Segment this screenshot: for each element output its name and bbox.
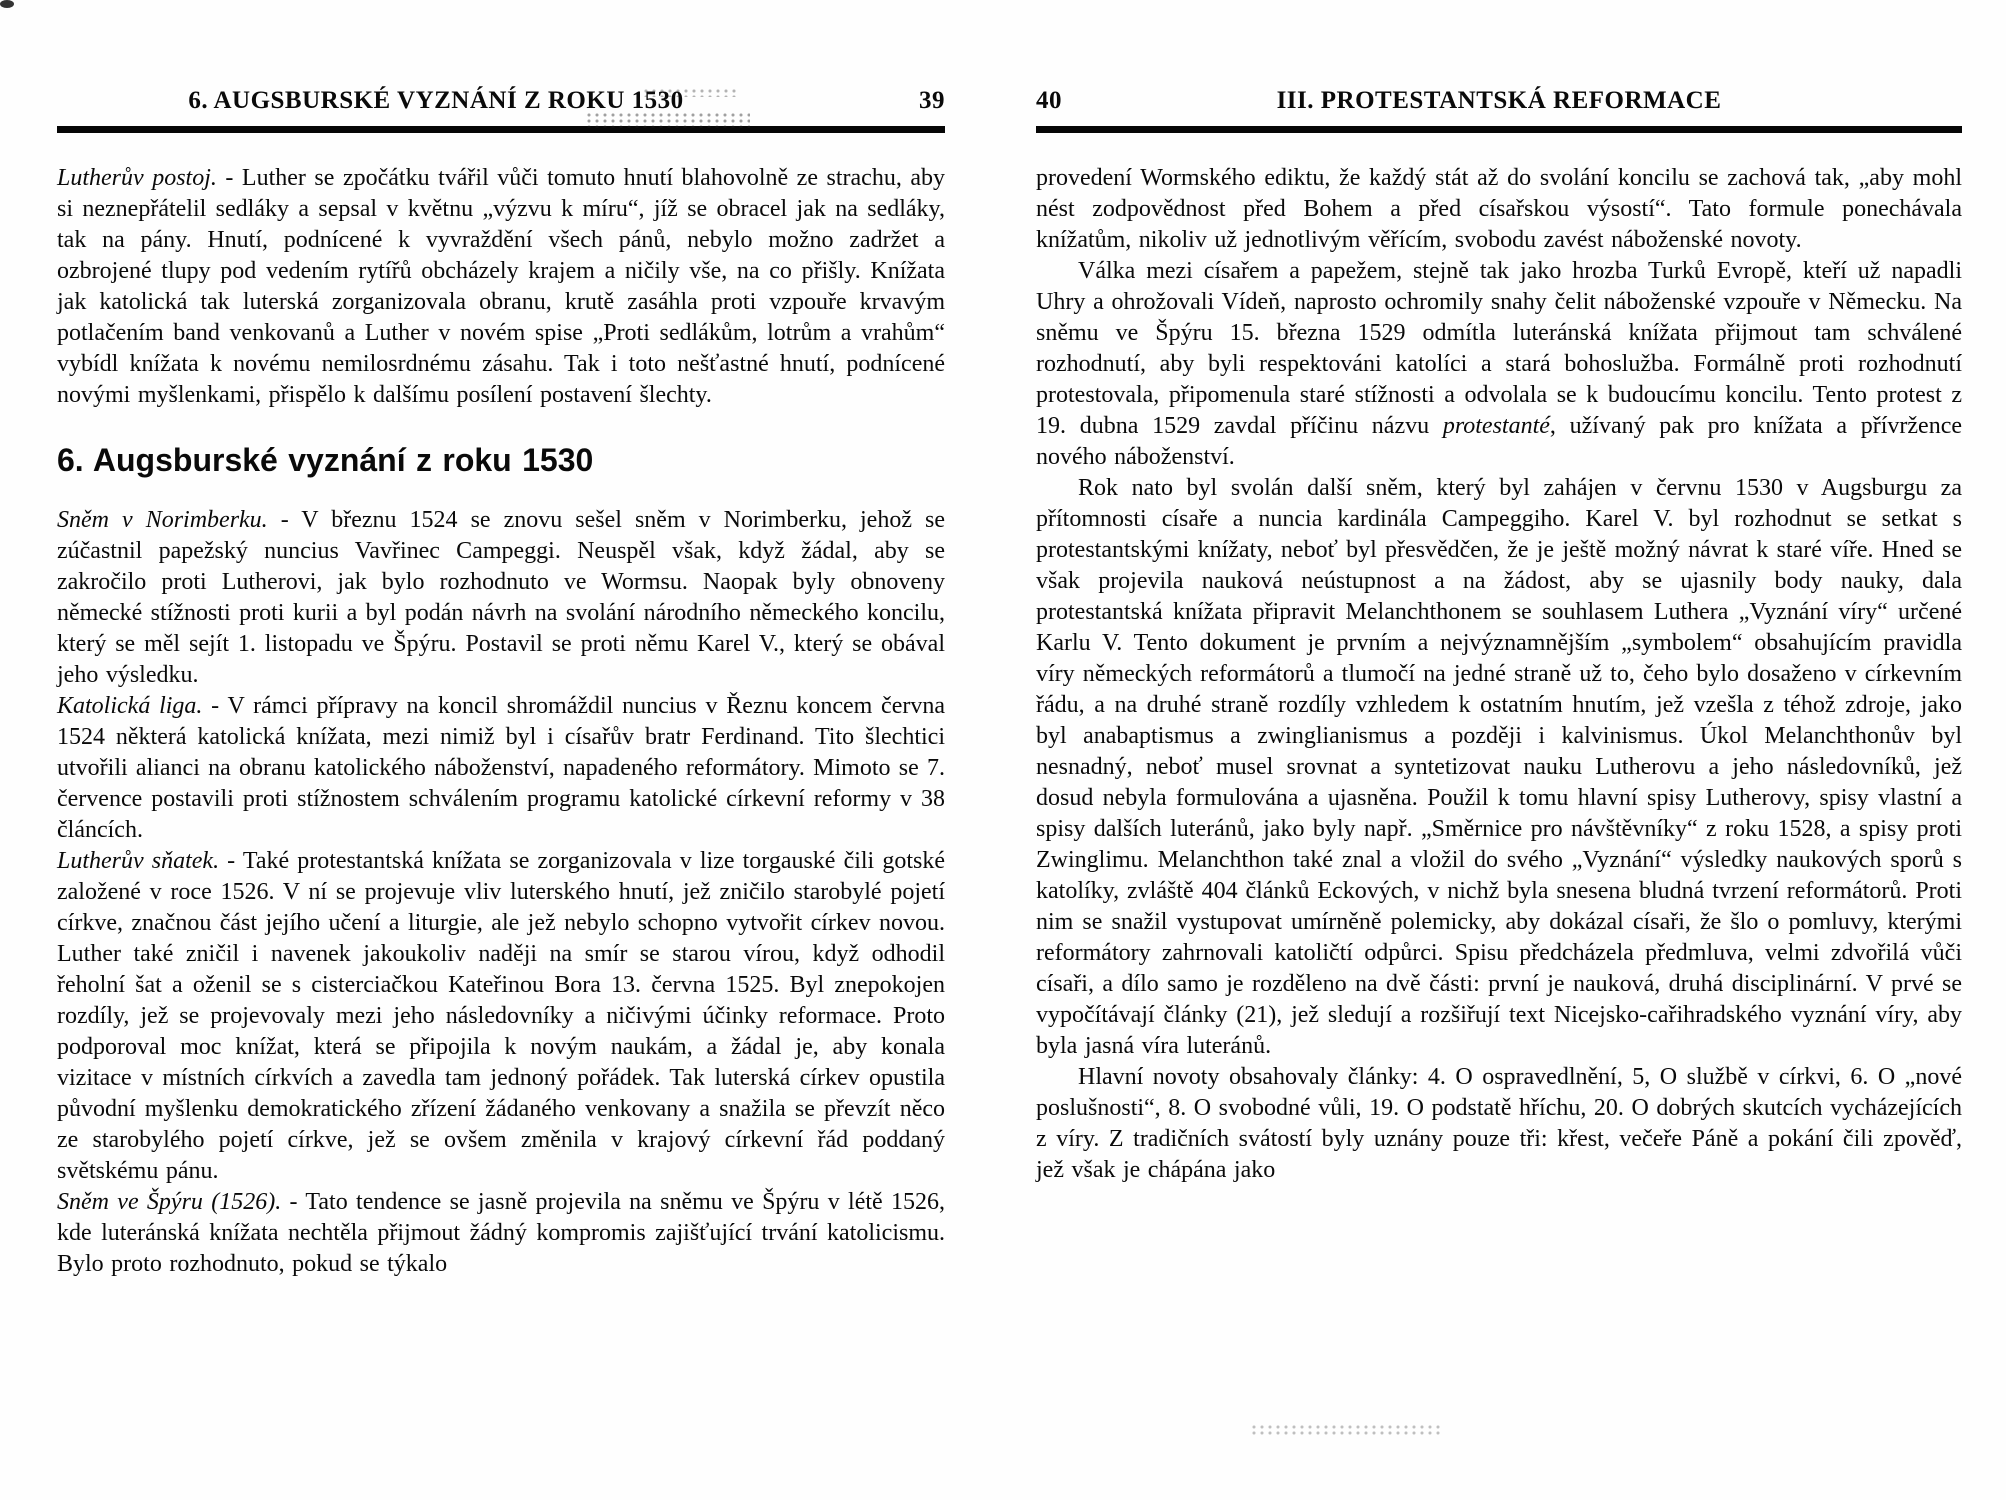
running-head-title: III. PROTESTANTSKÁ REFORMACE [1277, 87, 1722, 114]
scan-noise [1250, 1424, 1440, 1436]
running-head-left: 6. AUGSBURSKÉ VYZNÁNÍ Z ROKU 1530 39 [57, 85, 945, 117]
paragraph-lutheruv-snatek: Lutherův sňatek. - Také protestantská kn… [57, 846, 945, 1187]
running-head-right: 40 III. PROTESTANTSKÁ REFORMACE [1036, 85, 1962, 117]
section-heading: 6. Augsburské vyznání z roku 1530 [57, 441, 945, 479]
book-page-right: 40 III. PROTESTANTSKÁ REFORMACE proveden… [1036, 85, 1962, 1186]
paragraph-provedeni-ediktu: provedení Wormského ediktu, že každý stá… [1036, 163, 1962, 256]
paragraph-snem-ve-spyru: Sněm ve Špýru (1526). - Tato tendence se… [57, 1187, 945, 1280]
header-rule [57, 126, 945, 133]
scan-noise [585, 112, 750, 128]
paragraph-lead: Katolická liga. [57, 693, 202, 719]
page-body: provedení Wormského ediktu, že každý stá… [1036, 163, 1962, 1186]
paragraph-lead: Lutherův sňatek. [57, 848, 219, 874]
page-number: 40 [1036, 85, 1062, 117]
paragraph-text: - V březnu 1524 se znovu sešel sněm v No… [57, 507, 945, 688]
paragraph-lutheruv-postoj: Lutherův postoj. - Luther se zpočátku tv… [57, 163, 945, 411]
paragraph-snem-v-norimberku: Sněm v Norimberku. - V březnu 1524 se zn… [57, 505, 945, 691]
paragraph-valka-protest: Válka mezi císařem a papežem, stejně tak… [1036, 256, 1962, 473]
paragraph-augsbursky-snem: Rok nato byl svolán další sněm, který by… [1036, 473, 1962, 1062]
scan-noise [642, 88, 737, 97]
running-head-title: 6. AUGSBURSKÉ VYZNÁNÍ Z ROKU 1530 [188, 87, 683, 114]
paragraph-katolicka-liga: Katolická liga. - V rámci přípravy na ko… [57, 691, 945, 846]
header-rule [1036, 126, 1962, 133]
paragraph-hlavni-novoty: Hlavní novoty obsahovaly články: 4. O os… [1036, 1062, 1962, 1186]
paragraph-lead: Lutherův postoj. [57, 165, 217, 191]
book-page-left: 6. AUGSBURSKÉ VYZNÁNÍ Z ROKU 1530 39 Lut… [57, 85, 945, 1280]
italic-term-protestante: protestanté [1443, 413, 1550, 439]
paragraph-text: - Luther se zpočátku tvářil vůči tomuto … [57, 165, 945, 408]
paragraph-lead: Sněm v Norimberku. [57, 507, 268, 533]
page-body: Lutherův postoj. - Luther se zpočátku tv… [57, 163, 945, 1280]
page-number: 39 [919, 85, 945, 117]
paragraph-lead: Sněm ve Špýru (1526). [57, 1189, 281, 1215]
scan-noise [0, 0, 14, 8]
paragraph-text: - Také protestantská knížata se zorganiz… [57, 848, 945, 1184]
paragraph-text: Válka mezi císařem a papežem, stejně tak… [1036, 258, 1962, 439]
